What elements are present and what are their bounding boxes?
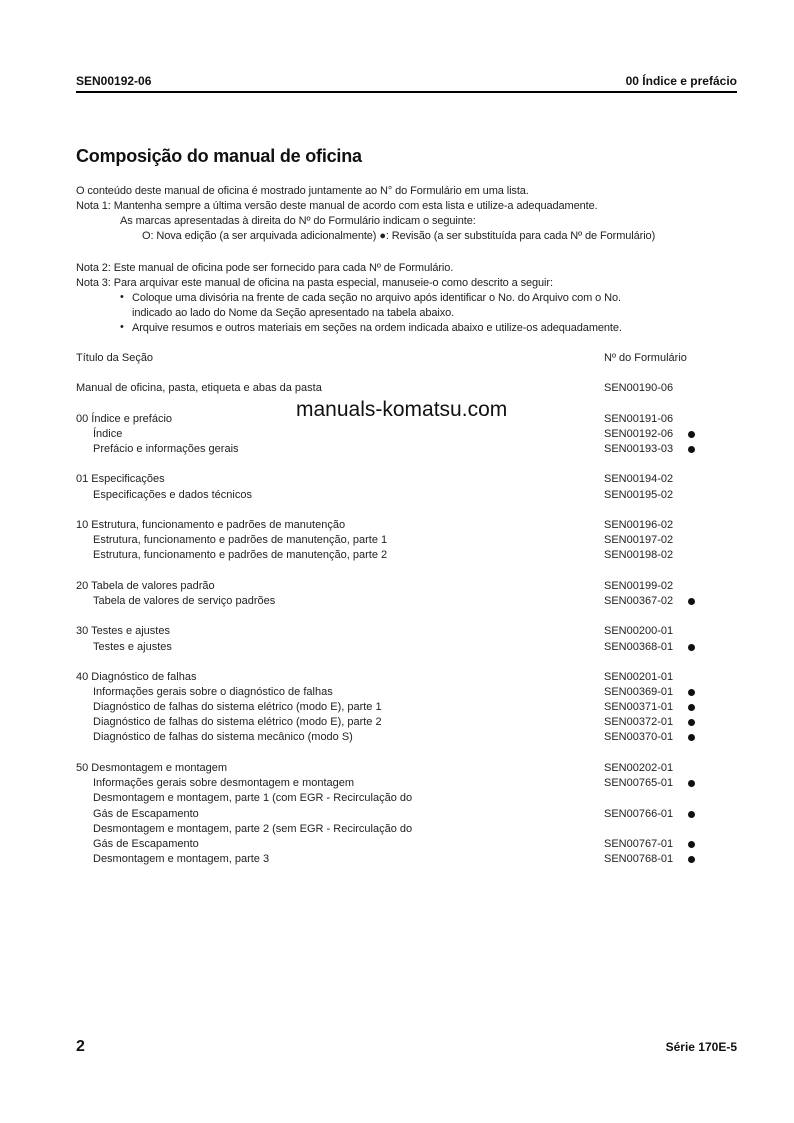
form-number: SEN00372-01 (604, 716, 673, 728)
table-row: 10 Estrutura, funcionamento e padrões de… (76, 519, 737, 534)
revision-mark-icon (688, 598, 695, 605)
table-row: Diagnóstico de falhas do sistema elétric… (76, 701, 737, 716)
table-row: 01 EspecificaçõesSEN00194-02 (76, 473, 737, 488)
table-row: ÍndiceSEN00192-06 (76, 428, 737, 443)
doc-code: SEN00192-06 (76, 74, 151, 88)
table-row: Informações gerais sobre o diagnóstico d… (76, 686, 737, 701)
form-number: SEN00765-01 (604, 777, 673, 789)
form-number: SEN00766-01 (604, 808, 673, 820)
form-number: SEN00190-06 (604, 382, 673, 394)
form-number: SEN00369-01 (604, 686, 673, 698)
form-number: SEN00196-02 (604, 519, 673, 531)
section-title: Diagnóstico de falhas do sistema mecânic… (93, 731, 353, 743)
section-title: 10 Estrutura, funcionamento e padrões de… (76, 519, 345, 531)
table-row: Prefácio e informações geraisSEN00193-03 (76, 443, 737, 458)
table-row: Manual de oficina, pasta, etiqueta e aba… (76, 382, 737, 397)
form-number: SEN00198-02 (604, 549, 673, 561)
form-number: SEN00192-06 (604, 428, 673, 440)
revision-mark-icon (688, 644, 695, 651)
section-title: 00 Índice e prefácio (76, 413, 172, 425)
revision-mark-icon (688, 841, 695, 848)
table-row: Especificações e dados técnicosSEN00195-… (76, 489, 737, 504)
section-title: Tabela de valores de serviço padrões (93, 595, 275, 607)
table-row: Estrutura, funcionamento e padrões de ma… (76, 534, 737, 549)
header-rule (76, 91, 737, 93)
form-number: SEN00367-02 (604, 595, 673, 607)
page-header: SEN00192-06 00 Índice e prefácio (76, 74, 737, 92)
table-row: Diagnóstico de falhas do sistema elétric… (76, 716, 737, 731)
table-row: 40 Diagnóstico de falhasSEN00201-01 (76, 671, 737, 686)
section-title: Diagnóstico de falhas do sistema elétric… (93, 701, 382, 713)
form-number: SEN00201-01 (604, 671, 673, 683)
form-number: SEN00370-01 (604, 731, 673, 743)
section-title: Desmontagem e montagem, parte 1 (com EGR… (93, 792, 412, 804)
section-title: Manual de oficina, pasta, etiqueta e aba… (76, 382, 322, 394)
section-title: Informações gerais sobre o diagnóstico d… (93, 686, 333, 698)
revision-mark-icon (688, 704, 695, 711)
form-number: SEN00195-02 (604, 489, 673, 501)
table-row: Desmontagem e montagem, parte 3SEN00768-… (76, 853, 737, 868)
section-title: Índice (93, 428, 122, 440)
table-row: 20 Tabela de valores padrãoSEN00199-02 (76, 580, 737, 595)
table-row: 50 Desmontagem e montagemSEN00202-01 (76, 762, 737, 777)
section-title: Estrutura, funcionamento e padrões de ma… (93, 534, 387, 546)
form-number: SEN00371-01 (604, 701, 673, 713)
section-title: Desmontagem e montagem, parte 2 (sem EGR… (93, 823, 412, 835)
table-row: Tabela de valores de serviço padrõesSEN0… (76, 595, 737, 610)
watermark: manuals-komatsu.com (296, 398, 507, 422)
intro-text: O conteúdo deste manual de oficina é mos… (76, 184, 529, 199)
section-title: Informações gerais sobre desmontagem e m… (93, 777, 354, 789)
revision-mark-icon (688, 856, 695, 863)
section-title: Gás de Escapamento (93, 808, 199, 820)
section-title: Gás de Escapamento (93, 838, 199, 850)
page-number: 2 (76, 1038, 85, 1056)
form-number: SEN00197-02 (604, 534, 673, 546)
note3-line1: Nota 3: Para arquivar este manual de ofi… (76, 276, 553, 291)
note1-line2: As marcas apresentadas à direita do Nº d… (120, 214, 476, 229)
section-title: 30 Testes e ajustes (76, 625, 170, 637)
form-number: SEN00199-02 (604, 580, 673, 592)
col-title-header: Título da Seção (76, 352, 153, 364)
col-code-header: Nº do Formulário (604, 352, 687, 364)
note3-bullet1a: Coloque uma divisória na frente de cada … (132, 291, 621, 306)
page-title: Composição do manual de oficina (76, 146, 362, 167)
bullet-icon: • (120, 291, 124, 303)
revision-mark-icon (688, 689, 695, 696)
form-number: SEN00368-01 (604, 641, 673, 653)
form-number: SEN00200-01 (604, 625, 673, 637)
form-number: SEN00767-01 (604, 838, 673, 850)
table-row: Testes e ajustesSEN00368-01 (76, 641, 737, 656)
table-row: Diagnóstico de falhas do sistema mecânic… (76, 731, 737, 746)
table-row: Desmontagem e montagem, parte 1 (com EGR… (76, 792, 737, 807)
revision-mark-icon (688, 811, 695, 818)
table-row: Estrutura, funcionamento e padrões de ma… (76, 549, 737, 564)
form-number: SEN00193-03 (604, 443, 673, 455)
note1-line3: O: Nova edição (a ser arquivada adiciona… (142, 229, 655, 244)
section-title: Especificações e dados técnicos (93, 489, 252, 501)
table-row: Gás de EscapamentoSEN00767-01 (76, 838, 737, 853)
table-row: Desmontagem e montagem, parte 2 (sem EGR… (76, 823, 737, 838)
bullet-icon: • (120, 321, 124, 333)
form-number: SEN00191-06 (604, 413, 673, 425)
note3-bullet1b: indicado ao lado do Nome da Seção aprese… (132, 306, 454, 321)
table-row: 30 Testes e ajustesSEN00200-01 (76, 625, 737, 640)
series-label: Série 170E-5 (666, 1040, 737, 1054)
note3-bullet2: Arquive resumos e outros materiais em se… (132, 321, 622, 336)
table-row: Gás de EscapamentoSEN00766-01 (76, 808, 737, 823)
section-title: 01 Especificações (76, 473, 165, 485)
section-title: 20 Tabela de valores padrão (76, 580, 215, 592)
table-row: Informações gerais sobre desmontagem e m… (76, 777, 737, 792)
section-title: Prefácio e informações gerais (93, 443, 239, 455)
section-name: 00 Índice e prefácio (626, 74, 737, 88)
revision-mark-icon (688, 446, 695, 453)
form-number: SEN00202-01 (604, 762, 673, 774)
revision-mark-icon (688, 780, 695, 787)
section-title: Diagnóstico de falhas do sistema elétric… (93, 716, 382, 728)
revision-mark-icon (688, 719, 695, 726)
section-title: Desmontagem e montagem, parte 3 (93, 853, 269, 865)
form-number: SEN00194-02 (604, 473, 673, 485)
revision-mark-icon (688, 734, 695, 741)
section-title: Estrutura, funcionamento e padrões de ma… (93, 549, 387, 561)
form-number: SEN00768-01 (604, 853, 673, 865)
section-title: 40 Diagnóstico de falhas (76, 671, 196, 683)
section-title: Testes e ajustes (93, 641, 172, 653)
table-header: Título da Seção Nº do Formulário (76, 352, 737, 367)
revision-mark-icon (688, 431, 695, 438)
note2: Nota 2: Este manual de oficina pode ser … (76, 261, 453, 276)
section-title: 50 Desmontagem e montagem (76, 762, 227, 774)
note1-line1: Nota 1: Mantenha sempre a última versão … (76, 199, 598, 214)
